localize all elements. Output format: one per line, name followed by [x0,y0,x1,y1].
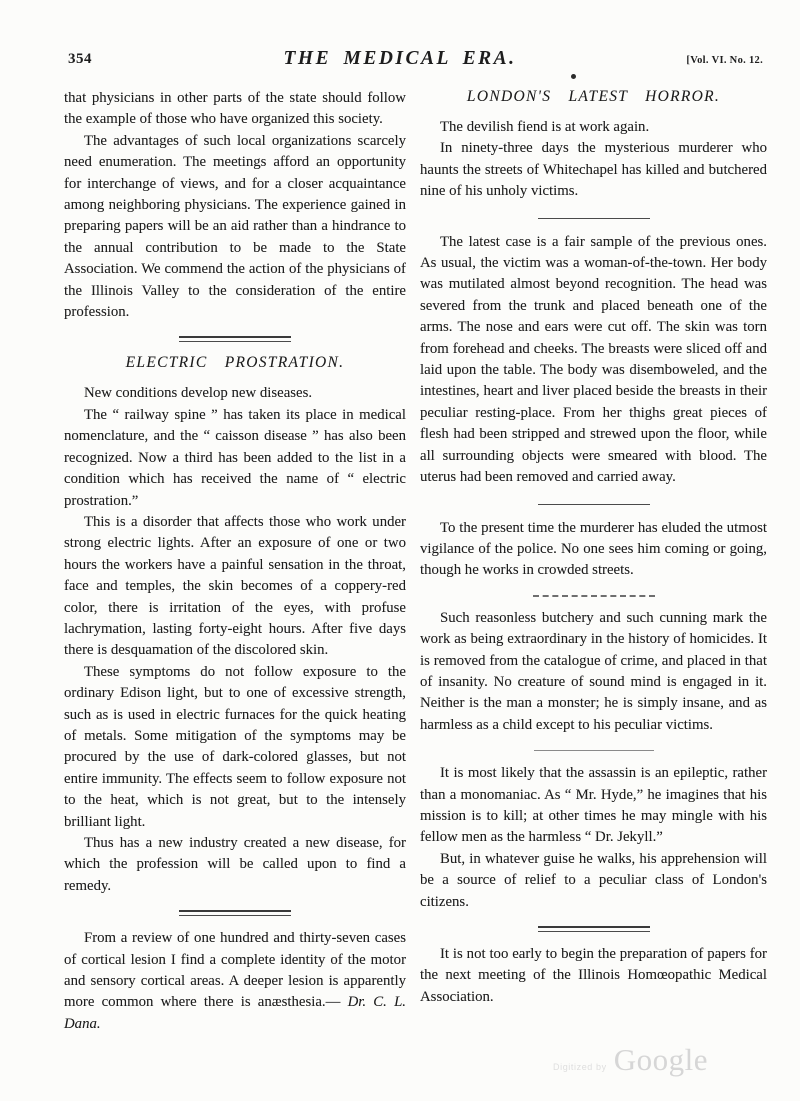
issue-info: [Vol. VI. No. 12. [686,55,763,66]
paragraph: The devilish fiend is at work again. [420,117,767,138]
paragraph: that physicians in other parts of the st… [64,88,406,131]
paragraph: The “ railway spine ” has taken its plac… [64,405,406,512]
article-heading-londons-latest-horror: LONDON'S LATEST HORROR. [420,88,767,106]
watermark-prefix: Digitized by [553,1062,607,1072]
section-divider [179,910,291,916]
closing-note: It is not too early to begin the prepara… [420,944,767,1008]
paragraph: This is a disorder that affects those wh… [64,512,406,662]
section-divider [534,750,654,751]
paragraph: New conditions develop new diseases. [64,383,406,404]
paragraph: These symptoms do not follow exposure to… [64,662,406,833]
paragraph: Thus has a new industry created a new di… [64,833,406,897]
paragraph: The advantages of such local organizatio… [64,131,406,324]
ink-dot-artifact [571,74,576,79]
section-divider [538,926,650,932]
digitized-by-google-watermark: Digitized by Google [553,1042,708,1078]
section-divider-dashed [533,595,655,597]
editorial-note: From a review of one hundred and thirty-… [64,928,406,1035]
journal-title: THE MEDICAL ERA. [0,48,800,70]
google-logo: Google [614,1042,708,1078]
paragraph: It is most likely that the assassin is a… [420,763,767,849]
page-header: 354 THE MEDICAL ERA. [Vol. VI. No. 12. [0,48,800,78]
two-column-body: that physicians in other parts of the st… [64,88,767,1035]
section-divider [179,336,291,342]
paragraph: Such reasonless butchery and such cunnin… [420,608,767,736]
section-divider [538,218,650,219]
right-column: LONDON'S LATEST HORROR. The devilish fie… [420,88,767,1035]
journal-page: 354 THE MEDICAL ERA. [Vol. VI. No. 12. t… [0,0,800,1101]
section-divider [538,504,650,505]
paragraph: To the present time the murderer has elu… [420,518,767,582]
paragraph: In ninety-three days the mysterious murd… [420,138,767,202]
left-column: that physicians in other parts of the st… [64,88,406,1035]
article-heading-electric-prostration: ELECTRIC PROSTRATION. [64,354,406,372]
paragraph: The latest case is a fair sample of the … [420,232,767,489]
paragraph: But, in whatever guise he walks, his app… [420,849,767,913]
